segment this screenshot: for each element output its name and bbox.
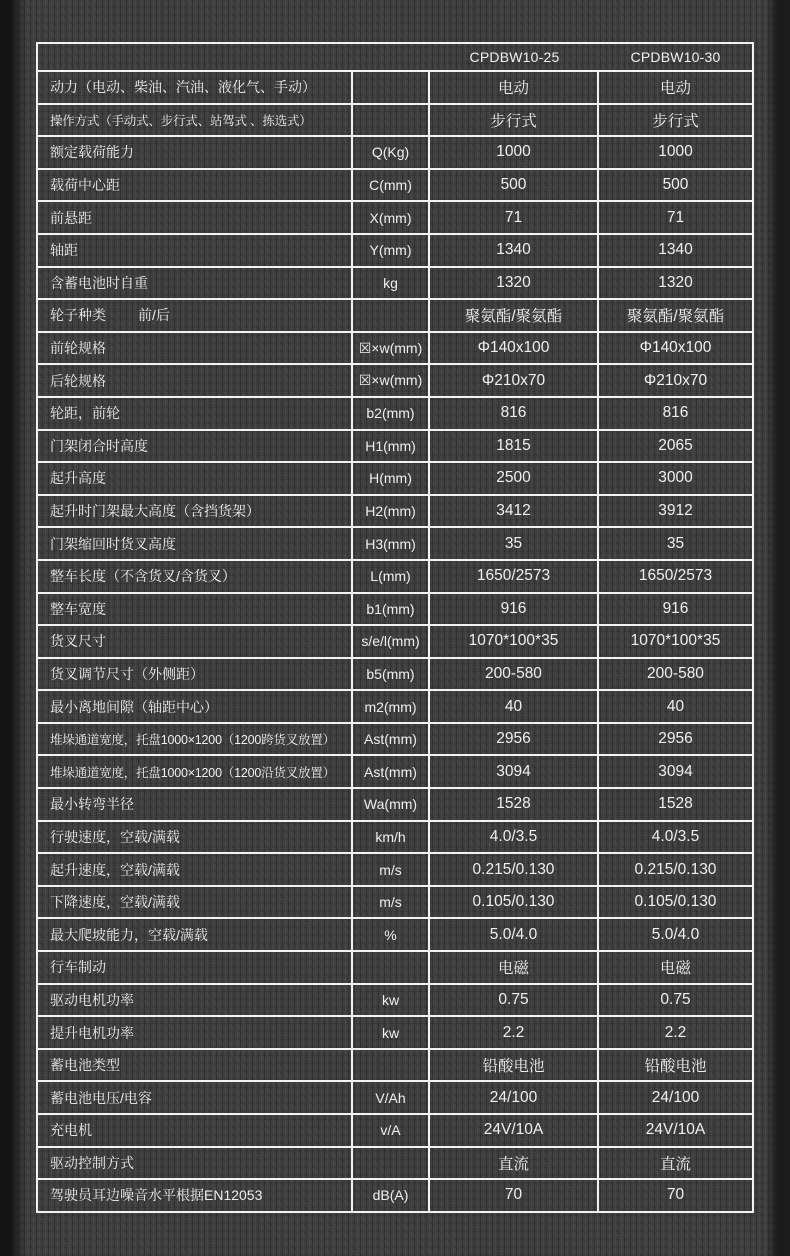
unit-cell: H1(mm) <box>353 431 430 462</box>
value-cell-1: 0.105/0.130 <box>430 887 599 918</box>
unit-cell: Ast(mm) <box>353 724 430 755</box>
value-cell-1: 24/100 <box>430 1082 599 1113</box>
param-label: 起升高度 <box>50 468 106 488</box>
value-cell-2: 0.75 <box>599 985 752 1016</box>
value-cell-2: 电磁 <box>599 952 752 983</box>
unit-cell: ☒×w(mm) <box>353 365 430 396</box>
param-label: 蓄电池类型 <box>50 1055 120 1075</box>
param-cell: 下降速度，空载/满载 <box>38 887 353 918</box>
value-cell-1: 铅酸电池 <box>430 1050 599 1081</box>
value-cell-2: 3000 <box>599 463 752 494</box>
value-cell-1: 电动 <box>430 72 599 103</box>
value-cell-2: 3912 <box>599 496 752 527</box>
table-row: 门架缩回时货叉高度 H3(mm) 35 35 <box>38 528 752 561</box>
param-cell: 驾驶员耳边噪音水平根据EN12053 <box>38 1180 353 1211</box>
table-row: 货叉尺寸 s/e/l(mm) 1070*100*35 1070*100*35 <box>38 626 752 659</box>
table-row: 载荷中心距 C(mm) 500 500 <box>38 170 752 203</box>
table-row: 提升电机功率 kw 2.2 2.2 <box>38 1017 752 1050</box>
unit-cell: L(mm) <box>353 561 430 592</box>
param-sublabel: 前/后 <box>138 305 170 325</box>
param-label: 行驶速度，空载/满载 <box>50 827 180 847</box>
value-cell-1: 3094 <box>430 756 599 787</box>
table-row: 操作方式（手动式、步行式、站驾式 、拣选式） 步行式 步行式 <box>38 105 752 138</box>
param-label: 前悬距 <box>50 208 92 228</box>
table-row: 整车宽度 b1(mm) 916 916 <box>38 594 752 627</box>
param-label: 起升速度，空载/满载 <box>50 860 180 880</box>
value-cell-2: 5.0/4.0 <box>599 919 752 950</box>
value-cell-1: 0.75 <box>430 985 599 1016</box>
param-cell: 堆垛通道宽度，托盘1000×1200（1200跨货叉放置） <box>38 724 353 755</box>
table-row: 轮子种类 前/后 聚氨酯/聚氨酯 聚氨酯/聚氨酯 <box>38 300 752 333</box>
value-cell-1: 1815 <box>430 431 599 462</box>
param-cell: 前轮规格 <box>38 333 353 364</box>
value-cell-2: 铅酸电池 <box>599 1050 752 1081</box>
param-cell: 最大爬坡能力，空载/满载 <box>38 919 353 950</box>
value-cell-1: 3412 <box>430 496 599 527</box>
table-row: 后轮规格 ☒×w(mm) Φ210x70 Φ210x70 <box>38 365 752 398</box>
value-cell-2: 200-580 <box>599 659 752 690</box>
table-row: 最小离地间隙（轴距中心） m2(mm) 40 40 <box>38 691 752 724</box>
param-cell: 行驶速度，空载/满载 <box>38 822 353 853</box>
unit-cell: kw <box>353 985 430 1016</box>
param-label: 整车宽度 <box>50 599 106 619</box>
param-label: 最小转弯半径 <box>50 794 134 814</box>
param-label: 提升电机功率 <box>50 1023 134 1043</box>
unit-cell <box>353 1148 430 1179</box>
value-cell-2: 500 <box>599 170 752 201</box>
value-cell-2: 1070*100*35 <box>599 626 752 657</box>
param-cell: 行车制动 <box>38 952 353 983</box>
table-row: 堆垛通道宽度，托盘1000×1200（1200沿货叉放置） Ast(mm) 30… <box>38 756 752 789</box>
value-cell-2: 0.105/0.130 <box>599 887 752 918</box>
param-cell: 货叉尺寸 <box>38 626 353 657</box>
value-cell-1: 35 <box>430 528 599 559</box>
param-label: 蓄电池电压/电容 <box>50 1088 152 1108</box>
value-cell-2: 35 <box>599 528 752 559</box>
value-cell-2: 70 <box>599 1180 752 1211</box>
param-cell: 起升高度 <box>38 463 353 494</box>
param-label: 轴距 <box>50 240 78 260</box>
param-cell: 轮子种类 前/后 <box>38 300 353 331</box>
table-row: 起升时门架最大高度（含挡货架） H2(mm) 3412 3912 <box>38 496 752 529</box>
param-label: 轮子种类 <box>50 305 106 325</box>
value-cell-2: 916 <box>599 594 752 625</box>
param-label: 最小离地间隙（轴距中心） <box>50 697 218 717</box>
spec-table-header: CPDBW10-25 CPDBW10-30 <box>38 44 752 72</box>
unit-cell: b5(mm) <box>353 659 430 690</box>
unit-cell: v/A <box>353 1115 430 1146</box>
param-label: 整车长度（不含货叉/含货叉） <box>50 566 236 586</box>
value-cell-1: 1650/2573 <box>430 561 599 592</box>
param-cell: 货叉调节尺寸（外侧距） <box>38 659 353 690</box>
table-row: 蓄电池类型 铅酸电池 铅酸电池 <box>38 1050 752 1083</box>
value-cell-2: 2.2 <box>599 1017 752 1048</box>
unit-cell: kw <box>353 1017 430 1048</box>
param-label: 堆垛通道宽度，托盘1000×1200（1200跨货叉放置） <box>50 730 335 748</box>
param-label: 后轮规格 <box>50 371 106 391</box>
value-cell-2: 24/100 <box>599 1082 752 1113</box>
value-cell-1: 2500 <box>430 463 599 494</box>
unit-cell: C(mm) <box>353 170 430 201</box>
value-cell-1: 70 <box>430 1180 599 1211</box>
value-cell-1: 1340 <box>430 235 599 266</box>
value-cell-2: 聚氨酯/聚氨酯 <box>599 300 752 331</box>
param-cell: 驱动控制方式 <box>38 1148 353 1179</box>
param-cell: 提升电机功率 <box>38 1017 353 1048</box>
table-row: 起升速度，空载/满载 m/s 0.215/0.130 0.215/0.130 <box>38 854 752 887</box>
param-cell: 起升时门架最大高度（含挡货架） <box>38 496 353 527</box>
param-cell: 额定载荷能力 <box>38 137 353 168</box>
table-row: 动力（电动、柴油、汽油、液化气、手动） 电动 电动 <box>38 72 752 105</box>
value-cell-2: 0.215/0.130 <box>599 854 752 885</box>
table-row: 整车长度（不含货叉/含货叉） L(mm) 1650/2573 1650/2573 <box>38 561 752 594</box>
unit-cell: Wa(mm) <box>353 789 430 820</box>
value-cell-1: 电磁 <box>430 952 599 983</box>
param-cell: 后轮规格 <box>38 365 353 396</box>
table-row: 前轮规格 ☒×w(mm) Φ140x100 Φ140x100 <box>38 333 752 366</box>
param-label: 动力（电动、柴油、汽油、液化气、手动） <box>50 77 316 97</box>
model-column-header-1: CPDBW10-25 <box>430 49 599 65</box>
value-cell-1: 71 <box>430 202 599 233</box>
value-cell-2: 1340 <box>599 235 752 266</box>
value-cell-2: 直流 <box>599 1148 752 1179</box>
right-shadow-band <box>766 0 790 1256</box>
param-label: 门架缩回时货叉高度 <box>50 534 176 554</box>
value-cell-2: 4.0/3.5 <box>599 822 752 853</box>
value-cell-1: 2956 <box>430 724 599 755</box>
value-cell-1: 直流 <box>430 1148 599 1179</box>
table-row: 最小转弯半径 Wa(mm) 1528 1528 <box>38 789 752 822</box>
value-cell-1: 2.2 <box>430 1017 599 1048</box>
param-cell: 门架闭合时高度 <box>38 431 353 462</box>
spec-table: CPDBW10-25 CPDBW10-30 动力（电动、柴油、汽油、液化气、手动… <box>36 42 754 1213</box>
value-cell-2: 2065 <box>599 431 752 462</box>
value-cell-2: 步行式 <box>599 105 752 136</box>
param-label: 堆垛通道宽度，托盘1000×1200（1200沿货叉放置） <box>50 763 335 781</box>
value-cell-1: 0.215/0.130 <box>430 854 599 885</box>
table-row: 下降速度，空载/满载 m/s 0.105/0.130 0.105/0.130 <box>38 887 752 920</box>
value-cell-2: 71 <box>599 202 752 233</box>
table-row: 额定载荷能力 Q(Kg) 1000 1000 <box>38 137 752 170</box>
param-cell: 蓄电池电压/电容 <box>38 1082 353 1113</box>
param-cell: 驱动电机功率 <box>38 985 353 1016</box>
unit-cell: kg <box>353 268 430 299</box>
model-column-header-2: CPDBW10-30 <box>599 49 752 65</box>
unit-cell: m2(mm) <box>353 691 430 722</box>
unit-cell: % <box>353 919 430 950</box>
value-cell-1: 40 <box>430 691 599 722</box>
table-row: 行车制动 电磁 电磁 <box>38 952 752 985</box>
value-cell-2: 1650/2573 <box>599 561 752 592</box>
unit-cell <box>353 1050 430 1081</box>
value-cell-2: 24V/10A <box>599 1115 752 1146</box>
param-cell: 轴距 <box>38 235 353 266</box>
table-row: 货叉调节尺寸（外侧距） b5(mm) 200-580 200-580 <box>38 659 752 692</box>
param-label: 驾驶员耳边噪音水平根据EN12053 <box>50 1185 262 1205</box>
value-cell-2: Φ210x70 <box>599 365 752 396</box>
value-cell-2: 电动 <box>599 72 752 103</box>
value-cell-1: 816 <box>430 398 599 429</box>
unit-cell: Y(mm) <box>353 235 430 266</box>
value-cell-2: 2956 <box>599 724 752 755</box>
table-row: 最大爬坡能力，空载/满载 % 5.0/4.0 5.0/4.0 <box>38 919 752 952</box>
value-cell-1: 1320 <box>430 268 599 299</box>
param-label: 门架闭合时高度 <box>50 436 148 456</box>
param-cell: 最小离地间隙（轴距中心） <box>38 691 353 722</box>
table-row: 起升高度 H(mm) 2500 3000 <box>38 463 752 496</box>
unit-cell: dB(A) <box>353 1180 430 1211</box>
param-cell: 操作方式（手动式、步行式、站驾式 、拣选式） <box>38 105 353 136</box>
param-label: 下降速度，空载/满载 <box>50 892 180 912</box>
unit-cell: b1(mm) <box>353 594 430 625</box>
value-cell-2: 3094 <box>599 756 752 787</box>
value-cell-1: 4.0/3.5 <box>430 822 599 853</box>
table-row: 行驶速度，空载/满载 km/h 4.0/3.5 4.0/3.5 <box>38 822 752 855</box>
value-cell-1: Φ210x70 <box>430 365 599 396</box>
unit-cell: H2(mm) <box>353 496 430 527</box>
value-cell-1: 1070*100*35 <box>430 626 599 657</box>
param-label: 货叉尺寸 <box>50 631 106 651</box>
param-cell: 充电机 <box>38 1115 353 1146</box>
table-row: 蓄电池电压/电容 V/Ah 24/100 24/100 <box>38 1082 752 1115</box>
unit-cell <box>353 72 430 103</box>
param-cell: 前悬距 <box>38 202 353 233</box>
param-label: 轮距，前轮 <box>50 403 120 423</box>
value-cell-2: 40 <box>599 691 752 722</box>
table-row: 轮距，前轮 b2(mm) 816 816 <box>38 398 752 431</box>
param-cell: 最小转弯半径 <box>38 789 353 820</box>
param-cell: 堆垛通道宽度，托盘1000×1200（1200沿货叉放置） <box>38 756 353 787</box>
param-label: 前轮规格 <box>50 338 106 358</box>
unit-cell: H(mm) <box>353 463 430 494</box>
value-cell-1: 聚氨酯/聚氨酯 <box>430 300 599 331</box>
value-cell-2: 1528 <box>599 789 752 820</box>
unit-cell <box>353 300 430 331</box>
table-row: 轴距 Y(mm) 1340 1340 <box>38 235 752 268</box>
value-cell-1: 200-580 <box>430 659 599 690</box>
table-row: 门架闭合时高度 H1(mm) 1815 2065 <box>38 431 752 464</box>
value-cell-2: 1000 <box>599 137 752 168</box>
value-cell-1: 1528 <box>430 789 599 820</box>
param-cell: 门架缩回时货叉高度 <box>38 528 353 559</box>
unit-cell: Q(Kg) <box>353 137 430 168</box>
spec-table-body: 动力（电动、柴油、汽油、液化气、手动） 电动 电动 操作方式（手动式、步行式、站… <box>38 72 752 1211</box>
table-row: 驾驶员耳边噪音水平根据EN12053 dB(A) 70 70 <box>38 1180 752 1211</box>
param-cell: 整车长度（不含货叉/含货叉） <box>38 561 353 592</box>
table-row: 驱动控制方式 直流 直流 <box>38 1148 752 1181</box>
unit-cell: km/h <box>353 822 430 853</box>
value-cell-2: Φ140x100 <box>599 333 752 364</box>
table-row: 驱动电机功率 kw 0.75 0.75 <box>38 985 752 1018</box>
table-row: 充电机 v/A 24V/10A 24V/10A <box>38 1115 752 1148</box>
value-cell-1: 500 <box>430 170 599 201</box>
table-row: 前悬距 X(mm) 71 71 <box>38 202 752 235</box>
param-cell: 动力（电动、柴油、汽油、液化气、手动） <box>38 72 353 103</box>
param-cell: 起升速度，空载/满载 <box>38 854 353 885</box>
param-label: 起升时门架最大高度（含挡货架） <box>50 501 260 521</box>
param-label: 额定载荷能力 <box>50 142 134 162</box>
param-label: 含蓄电池时自重 <box>50 273 148 293</box>
value-cell-1: 1000 <box>430 137 599 168</box>
param-label: 操作方式（手动式、步行式、站驾式 、拣选式） <box>50 111 312 129</box>
page-background: { "colors": { "background": "#3d3d3d", "… <box>0 0 790 1256</box>
value-cell-2: 1320 <box>599 268 752 299</box>
unit-cell: X(mm) <box>353 202 430 233</box>
unit-cell: s/e/l(mm) <box>353 626 430 657</box>
unit-cell: Ast(mm) <box>353 756 430 787</box>
unit-cell: H3(mm) <box>353 528 430 559</box>
param-cell: 轮距，前轮 <box>38 398 353 429</box>
value-cell-1: 916 <box>430 594 599 625</box>
param-label: 行车制动 <box>50 957 106 977</box>
value-cell-2: 816 <box>599 398 752 429</box>
param-label: 货叉调节尺寸（外侧距） <box>50 664 204 684</box>
value-cell-1: Φ140x100 <box>430 333 599 364</box>
value-cell-1: 5.0/4.0 <box>430 919 599 950</box>
table-row: 含蓄电池时自重 kg 1320 1320 <box>38 268 752 301</box>
unit-cell: m/s <box>353 854 430 885</box>
param-label: 驱动电机功率 <box>50 990 134 1010</box>
value-cell-1: 24V/10A <box>430 1115 599 1146</box>
unit-cell: V/Ah <box>353 1082 430 1113</box>
left-shadow-band <box>0 0 26 1256</box>
param-label: 载荷中心距 <box>50 175 120 195</box>
value-cell-1: 步行式 <box>430 105 599 136</box>
unit-cell: ☒×w(mm) <box>353 333 430 364</box>
param-label: 充电机 <box>50 1120 92 1140</box>
param-cell: 蓄电池类型 <box>38 1050 353 1081</box>
param-cell: 载荷中心距 <box>38 170 353 201</box>
unit-cell <box>353 952 430 983</box>
param-cell: 整车宽度 <box>38 594 353 625</box>
table-row: 堆垛通道宽度，托盘1000×1200（1200跨货叉放置） Ast(mm) 29… <box>38 724 752 757</box>
param-label: 最大爬坡能力，空载/满载 <box>50 925 208 945</box>
unit-cell: b2(mm) <box>353 398 430 429</box>
param-label: 驱动控制方式 <box>50 1153 134 1173</box>
unit-cell <box>353 105 430 136</box>
unit-cell: m/s <box>353 887 430 918</box>
param-cell: 含蓄电池时自重 <box>38 268 353 299</box>
